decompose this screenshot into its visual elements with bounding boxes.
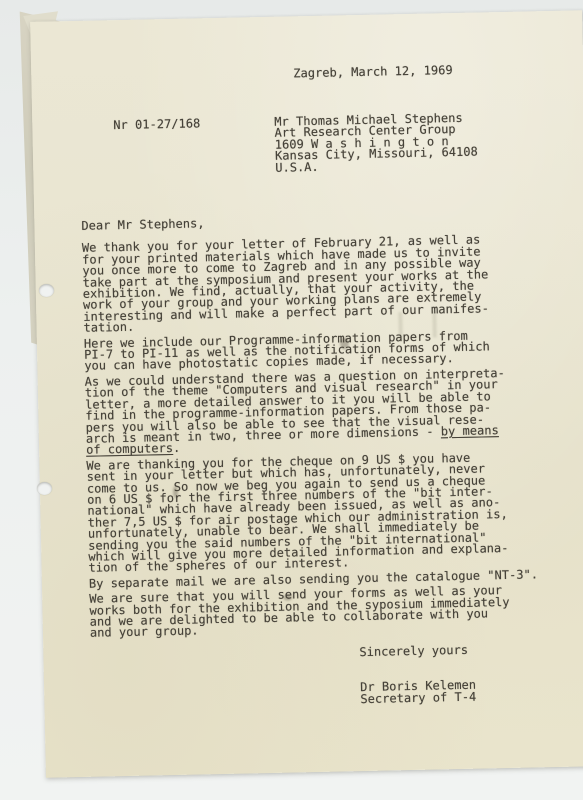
punch-hole bbox=[39, 284, 54, 297]
letter-page: Zagreb, March 12, 1969 Nr 01-27/168 Mr T… bbox=[30, 10, 583, 777]
line-text: . bbox=[173, 441, 181, 455]
ink-smudge bbox=[173, 486, 178, 498]
ink-streak bbox=[398, 312, 403, 340]
signature: Dr Boris Kelemen Secretary of T-4 bbox=[360, 678, 561, 705]
scanned-letter: Zagreb, March 12, 1969 Nr 01-27/168 Mr T… bbox=[0, 0, 583, 800]
underlined-phrase: by means bbox=[441, 423, 499, 438]
ink-smudge bbox=[340, 337, 349, 349]
letter-body: Dear Mr Stephens, We thank you for your … bbox=[81, 211, 561, 711]
paragraph-6: We are sure that you will send your form… bbox=[89, 584, 560, 639]
paragraph-4: We are thanking you for the cheque on 9 … bbox=[86, 451, 558, 575]
letter-content: Zagreb, March 12, 1969 Nr 01-27/168 Mr T… bbox=[30, 10, 583, 777]
closing: Sincerely yours bbox=[359, 643, 560, 659]
punch-hole bbox=[37, 482, 52, 495]
salutation: Dear Mr Stephens, bbox=[81, 211, 551, 232]
underlined-phrase: of computers bbox=[86, 441, 173, 457]
date-line: Zagreb, March 12, 1969 bbox=[293, 65, 453, 80]
paragraph-1: We thank you for your letter of February… bbox=[82, 233, 554, 334]
ink-streak bbox=[432, 311, 437, 337]
reference-number: Nr 01-27/168 bbox=[113, 118, 200, 131]
recipient-address: Mr Thomas Michael Stephens Art Research … bbox=[274, 113, 478, 174]
paragraph-3: As we could understand there was a quest… bbox=[85, 367, 557, 457]
